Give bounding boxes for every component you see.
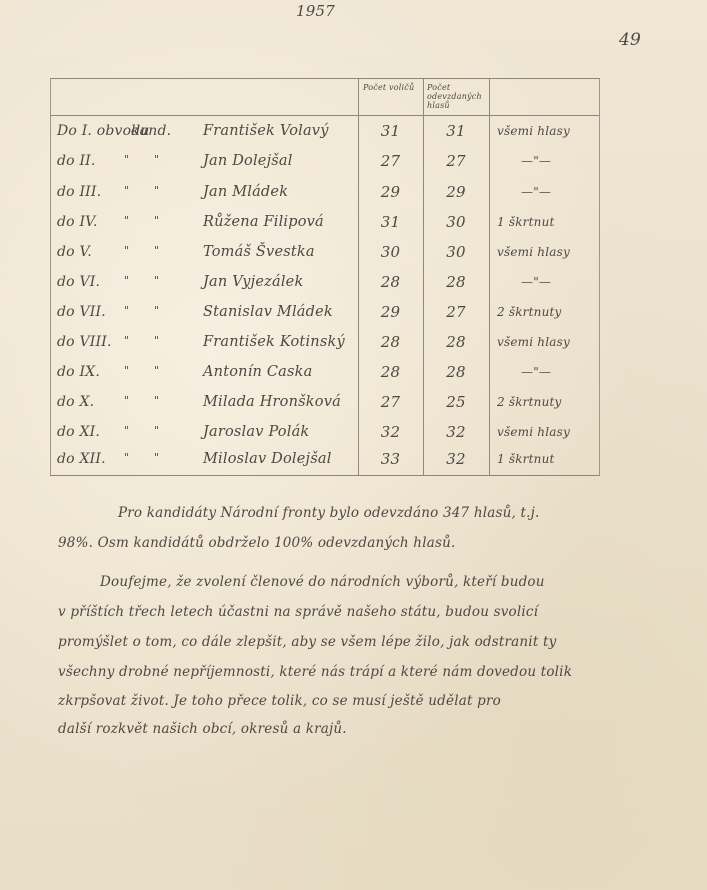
table-row: do X. " " Milada Hronšková 27 25 2 škrtn… [51,388,599,418]
election-results-table: Počet voličů Počet odevzdaných hlasů Do … [50,78,600,476]
voters-count: 29 [358,183,423,201]
table-row: do VIII. " " František Kotinský 28 28 vš… [51,328,599,358]
votes-count: 25 [423,393,489,411]
candidate-name: Tomáš Švestka [203,244,315,260]
note: všemi hlasy [497,335,570,349]
ditto-mark: " [154,334,159,347]
district: do XII. [57,451,106,467]
header-voters: Počet voličů [363,83,419,92]
table-row: do VI. " " Jan Vyjezálek 28 28 —"— [51,268,599,298]
voters-count: 28 [358,333,423,351]
votes-count: 30 [423,213,489,231]
ditto-mark: " [124,244,129,257]
ditto-mark: " [124,394,129,407]
voters-count: 27 [358,152,423,170]
text-line: v příštích třech letech účastni na správ… [58,597,538,627]
note: —"— [521,185,551,199]
candidate-name: Jan Mládek [203,184,288,200]
candidate-name: František Volavý [203,123,329,139]
chronicle-page: 1957 49 Počet voličů Počet odevzdaných h… [0,0,707,890]
voters-count: 31 [358,213,423,231]
voters-count: 31 [358,122,423,140]
ditto-mark: " [124,334,129,347]
voters-count: 29 [358,303,423,321]
candidate-name: Stanislav Mládek [203,304,333,320]
candidate-name: Jan Vyjezálek [203,274,303,290]
table-row: Do I. obvodu kand. František Volavý 31 3… [51,117,599,147]
note: 1 škrtnut [497,215,555,229]
ditto-mark: " [124,153,129,166]
candidate-name: Antonín Caska [203,364,313,380]
votes-count: 28 [423,363,489,381]
text-line: zkrpšovat život. Je toho přece tolik, co… [58,686,501,716]
text-line: další rozkvět našich obcí, okresů a kraj… [58,714,347,744]
ditto-mark: " [124,304,129,317]
ditto-mark: " [124,424,129,437]
note: všemi hlasy [497,124,570,138]
note: —"— [521,154,551,168]
district: do III. [57,184,101,200]
ditto-mark: " [154,451,159,464]
votes-count: 31 [423,122,489,140]
votes-count: 27 [423,152,489,170]
ditto-mark: " [154,153,159,166]
candidate-name: Milada Hronšková [203,394,341,410]
ditto-mark: " [154,304,159,317]
district: do IX. [57,364,100,380]
ditto-mark: " [154,184,159,197]
note: 1 škrtnut [497,452,555,466]
table-row: do IV. " " Růžena Filipová 31 30 1 škrtn… [51,208,599,238]
voters-count: 28 [358,273,423,291]
text-line: Pro kandidáty Národní fronty bylo odevzd… [118,498,540,528]
voters-count: 32 [358,423,423,441]
voters-count: 28 [358,363,423,381]
header-votes-cast: Počet odevzdaných hlasů [427,83,487,110]
candidate-name: Růžena Filipová [203,214,324,230]
table-row: do III. " " Jan Mládek 29 29 —"— [51,178,599,208]
district: do II. [57,153,96,169]
ditto-mark: " [124,184,129,197]
candidate-abbrev: kand. [131,123,171,139]
votes-count: 29 [423,183,489,201]
voters-count: 33 [358,450,423,468]
ditto-mark: " [124,364,129,377]
page-number: 49 [619,30,641,50]
note: 2 škrtnuty [497,395,562,409]
ditto-mark: " [154,394,159,407]
votes-count: 28 [423,273,489,291]
ditto-mark: " [124,214,129,227]
district: do VII. [57,304,106,320]
text-line: 98%. Osm kandidátů obdrželo 100% odevzda… [58,528,455,558]
votes-count: 32 [423,450,489,468]
ditto-mark: " [124,274,129,287]
ditto-mark: " [154,364,159,377]
ditto-mark: " [154,214,159,227]
header-divider [51,115,599,116]
table-row: do V. " " Tomáš Švestka 30 30 všemi hlas… [51,238,599,268]
candidate-name: Miloslav Dolejšal [203,451,332,467]
year-heading: 1957 [296,2,335,20]
ditto-mark: " [154,244,159,257]
district: do VIII. [57,334,112,350]
district: do X. [57,394,94,410]
candidate-name: Jan Dolejšal [203,153,293,169]
candidate-name: Jaroslav Polák [203,424,309,440]
note: všemi hlasy [497,425,570,439]
votes-count: 27 [423,303,489,321]
ditto-mark: " [154,274,159,287]
votes-count: 30 [423,243,489,261]
district: do IV. [57,214,98,230]
table-row: do II. " " Jan Dolejšal 27 27 —"— [51,147,599,177]
candidate-name: František Kotinský [203,334,345,350]
text-line: Doufejme, že zvolení členové do národníc… [100,567,545,597]
text-line: promýšlet o tom, co dále zlepšit, aby se… [58,627,556,657]
note: všemi hlasy [497,245,570,259]
district: do VI. [57,274,100,290]
ditto-mark: " [124,451,129,464]
voters-count: 27 [358,393,423,411]
text-line: všechny drobné nepříjemnosti, které nás … [58,657,572,687]
table-row: do XII. " " Miloslav Dolejšal 33 32 1 šk… [51,445,599,475]
table-row: do VII. " " Stanislav Mládek 29 27 2 škr… [51,298,599,328]
district: do V. [57,244,92,260]
note: 2 škrtnuty [497,305,562,319]
note: —"— [521,365,551,379]
voters-count: 30 [358,243,423,261]
votes-count: 28 [423,333,489,351]
table-row: do IX. " " Antonín Caska 28 28 —"— [51,358,599,388]
table-row: do XI. " " Jaroslav Polák 32 32 všemi hl… [51,418,599,448]
note: —"— [521,275,551,289]
votes-count: 32 [423,423,489,441]
ditto-mark: " [154,424,159,437]
district: do XI. [57,424,100,440]
